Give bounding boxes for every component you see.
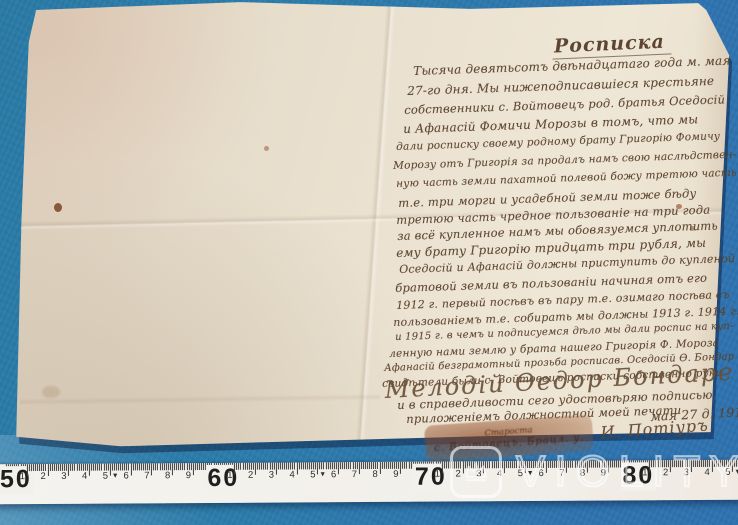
ruler-tick bbox=[103, 464, 104, 471]
ruler-tick bbox=[298, 462, 299, 469]
ruler-tick bbox=[276, 463, 277, 475]
ruler-tick bbox=[284, 463, 285, 470]
ruler-tick bbox=[265, 463, 266, 470]
crown-icon bbox=[459, 455, 493, 489]
ruler-tick bbox=[267, 463, 268, 470]
ruler-tick bbox=[305, 462, 306, 469]
ruler-tick bbox=[176, 463, 177, 470]
official-signature: И. Потіуръ bbox=[600, 415, 709, 442]
ruler-digit: 6 bbox=[123, 470, 128, 481]
ruler-tick bbox=[41, 464, 42, 471]
ruler-tick bbox=[47, 464, 48, 476]
ruler-tick bbox=[56, 464, 57, 471]
ruler-tick bbox=[137, 463, 138, 470]
ruler-tick bbox=[388, 462, 389, 469]
ruler-tick bbox=[292, 462, 293, 469]
ruler-digit: 3 bbox=[269, 470, 274, 481]
ruler-tick bbox=[184, 463, 185, 470]
ruler-tick bbox=[29, 464, 30, 471]
ruler-tick bbox=[70, 464, 71, 471]
ruler-tick bbox=[346, 462, 347, 469]
ruler-tick bbox=[344, 462, 345, 469]
ruler-tick bbox=[373, 462, 374, 469]
ruler-tick bbox=[363, 462, 364, 469]
ruler-tick bbox=[60, 464, 61, 471]
ruler-tick bbox=[89, 464, 90, 476]
ruler-tick bbox=[386, 462, 387, 469]
ruler-tick bbox=[350, 462, 351, 469]
ruler-tick bbox=[313, 462, 314, 469]
ruler-tick bbox=[384, 462, 385, 469]
ruler-tick bbox=[33, 464, 34, 471]
ruler-tick bbox=[257, 463, 258, 470]
ruler-tick bbox=[31, 464, 32, 471]
ruler-tick bbox=[359, 462, 360, 474]
ruler-tick bbox=[197, 463, 198, 470]
ruler-tick bbox=[110, 464, 111, 476]
ruler-tick bbox=[81, 464, 82, 471]
ruler-tick bbox=[377, 462, 378, 469]
ruler-tick bbox=[325, 462, 326, 469]
ruler-digit: 7 bbox=[352, 469, 357, 480]
ruler-tick bbox=[99, 464, 100, 471]
ruler-digit: 6 bbox=[331, 469, 336, 480]
ruler-tick bbox=[68, 464, 69, 476]
ruler-tick bbox=[58, 464, 59, 471]
ruler-tick bbox=[27, 464, 28, 476]
ruler-tick bbox=[105, 464, 106, 471]
ruler-tick bbox=[323, 462, 324, 469]
ruler-tick bbox=[52, 464, 53, 471]
ruler-digit: 2 bbox=[40, 471, 45, 482]
ruler-digit: 4 bbox=[289, 469, 294, 480]
ruler-tick bbox=[400, 462, 401, 474]
ruler-digit: 1 bbox=[435, 469, 440, 480]
ruler-tick bbox=[97, 464, 98, 471]
ruler-tick bbox=[76, 464, 77, 471]
ruler-tick bbox=[182, 463, 183, 470]
ruler-tick bbox=[116, 464, 117, 471]
ruler-tick bbox=[95, 464, 96, 471]
ruler-digit: 9 bbox=[186, 470, 191, 481]
ruler-tick bbox=[159, 463, 160, 470]
ruler-tick bbox=[101, 464, 102, 471]
ruler-tick bbox=[249, 463, 250, 470]
ruler-tick bbox=[79, 464, 80, 471]
ruler-tick bbox=[240, 463, 241, 470]
ruler-tick bbox=[188, 463, 189, 470]
ruler-tick bbox=[307, 462, 308, 469]
ruler-tick bbox=[328, 462, 329, 469]
ruler-tick bbox=[317, 462, 318, 474]
ruler-tick bbox=[174, 463, 175, 470]
ruler-tick bbox=[195, 463, 196, 470]
ruler-tick bbox=[132, 463, 133, 470]
ruler-tick bbox=[139, 463, 140, 470]
ruler-tick bbox=[108, 464, 109, 471]
ruler-tick bbox=[162, 463, 163, 470]
ruler-digit: 4 bbox=[82, 471, 87, 482]
ruler-tick bbox=[402, 462, 403, 469]
ruler-tick bbox=[66, 464, 67, 471]
ruler-tick bbox=[87, 464, 88, 471]
ruler-tick bbox=[155, 463, 156, 470]
ruler-tick bbox=[280, 463, 281, 470]
ruler-tick bbox=[126, 463, 127, 470]
ruler-tick bbox=[288, 462, 289, 469]
ruler-tick bbox=[319, 462, 320, 469]
ruler-tick bbox=[390, 462, 391, 469]
ruler-tick bbox=[296, 462, 297, 474]
ruler-tick bbox=[141, 463, 142, 470]
ruler-tick bbox=[186, 463, 187, 470]
ruler-tick bbox=[332, 462, 333, 469]
ruler-tick bbox=[448, 462, 449, 469]
ruler-tick bbox=[203, 463, 204, 470]
ruler-tick bbox=[85, 464, 86, 471]
ruler-tick bbox=[371, 462, 372, 469]
ruler-tick bbox=[411, 462, 412, 469]
ruler-tick bbox=[112, 464, 113, 471]
ruler-tick bbox=[164, 463, 165, 470]
ruler-tick bbox=[269, 463, 270, 470]
ruler-tick bbox=[348, 462, 349, 469]
ruler-tick bbox=[336, 462, 337, 469]
ruler-tick bbox=[301, 462, 302, 469]
ruler-tick bbox=[147, 463, 148, 470]
ruler-tick bbox=[166, 463, 167, 470]
ruler-tick bbox=[234, 463, 235, 475]
ruler-tick bbox=[408, 462, 409, 469]
ruler-tick bbox=[340, 462, 341, 469]
ruler-tick bbox=[334, 462, 335, 469]
ruler-tick bbox=[191, 463, 192, 470]
ruler-tick bbox=[180, 463, 181, 470]
ruler-tick bbox=[338, 462, 339, 474]
ruler-tick bbox=[311, 462, 312, 469]
ruler-tick bbox=[170, 463, 171, 470]
ruler-tick bbox=[352, 462, 353, 469]
ruler-tick bbox=[54, 464, 55, 471]
ruler-tick bbox=[274, 463, 275, 470]
ruler-tick bbox=[309, 462, 310, 469]
ruler-tick bbox=[354, 462, 355, 469]
ruler-tick bbox=[128, 463, 129, 470]
ruler-tick bbox=[365, 462, 366, 469]
ruler-tick bbox=[49, 464, 50, 471]
ruler-digit: 7 bbox=[144, 470, 149, 481]
ruler-tick bbox=[361, 462, 362, 469]
ruler-tick bbox=[236, 463, 237, 470]
ruler-tick bbox=[74, 464, 75, 471]
ruler-tick bbox=[130, 463, 131, 475]
ruler-half-marker: ▼ bbox=[319, 471, 326, 478]
ruler-tick bbox=[37, 464, 38, 471]
ruler-tick bbox=[72, 464, 73, 471]
ruler-tick bbox=[379, 462, 380, 474]
ruler-tick bbox=[120, 464, 121, 471]
ruler-tick bbox=[64, 464, 65, 471]
ruler-tick bbox=[124, 463, 125, 470]
ruler-tick bbox=[396, 462, 397, 469]
ruler-tick bbox=[157, 463, 158, 470]
ruler-tick bbox=[259, 463, 260, 470]
ruler-tick bbox=[118, 464, 119, 471]
ruler-tick bbox=[442, 462, 443, 474]
ruler-tick bbox=[83, 464, 84, 471]
ruler-tick bbox=[404, 462, 405, 469]
ruler-tick bbox=[45, 464, 46, 471]
ruler-tick bbox=[278, 463, 279, 470]
ruler-tick bbox=[143, 463, 144, 470]
ruler-tick bbox=[193, 463, 194, 475]
ruler-tick bbox=[330, 462, 331, 469]
ruler-tick bbox=[201, 463, 202, 470]
watermark-logo-box bbox=[450, 446, 502, 498]
ruler-tick bbox=[247, 463, 248, 470]
ruler-tick bbox=[286, 463, 287, 470]
ruler-tick bbox=[93, 464, 94, 471]
ruler-digit: 2 bbox=[248, 470, 253, 481]
ruler-tick bbox=[392, 462, 393, 469]
ruler-digit: 1 bbox=[227, 470, 232, 481]
ruler-tick bbox=[261, 463, 262, 470]
ruler-tick bbox=[62, 464, 63, 471]
violity-watermark: VIOLITY bbox=[450, 446, 738, 498]
ruler-tick bbox=[255, 463, 256, 475]
ruler-tick bbox=[251, 463, 252, 470]
ruler-tick bbox=[290, 462, 291, 469]
ruler-digit: 5 bbox=[310, 469, 315, 480]
ruler-tick bbox=[282, 463, 283, 470]
ruler-tick bbox=[394, 462, 395, 469]
ruler-tick bbox=[149, 463, 150, 470]
ruler-tick bbox=[321, 462, 322, 469]
ruler-tick bbox=[135, 463, 136, 470]
ruler-digit: 8 bbox=[165, 470, 170, 481]
ruler-tick bbox=[294, 462, 295, 469]
ruler-tick bbox=[263, 463, 264, 470]
ruler-digit: 3 bbox=[61, 471, 66, 482]
ruler-tick bbox=[114, 464, 115, 471]
ruler-tick bbox=[39, 464, 40, 471]
ruler-digit: 9 bbox=[393, 469, 398, 480]
ruler-tick bbox=[172, 463, 173, 475]
ruler-tick bbox=[242, 463, 243, 470]
ruler-tick bbox=[342, 462, 343, 469]
ruler-tick bbox=[199, 463, 200, 470]
ruler-tick bbox=[43, 464, 44, 471]
ruler-tick bbox=[122, 464, 123, 471]
ruler-tick bbox=[398, 462, 399, 469]
ruler-tick bbox=[406, 462, 407, 469]
ruler-digit: 8 bbox=[372, 469, 377, 480]
ruler-tick bbox=[271, 463, 272, 470]
ruler-tick bbox=[303, 462, 304, 469]
ruler-tick bbox=[253, 463, 254, 470]
auction-photo: Росписка Тысяча девятьсотъ двѣнадцатаго … bbox=[0, 0, 738, 525]
ruler-tick bbox=[369, 462, 370, 469]
ruler-tick bbox=[375, 462, 376, 469]
ruler-tick bbox=[238, 463, 239, 470]
ruler-tick bbox=[178, 463, 179, 470]
ruler-tick bbox=[151, 463, 152, 475]
ruler-tick bbox=[444, 462, 445, 469]
ruler-tick bbox=[357, 462, 358, 469]
ruler-tick bbox=[315, 462, 316, 469]
ruler-half-marker: ▼ bbox=[112, 473, 119, 480]
ruler-tick bbox=[245, 463, 246, 470]
ruler-digit: 1 bbox=[20, 471, 25, 482]
ruler-tick bbox=[168, 463, 169, 470]
ruler-tick bbox=[446, 462, 447, 469]
ruler-tick bbox=[91, 464, 92, 471]
ruler-tick bbox=[153, 463, 154, 470]
watermark-brand: VIOLITY bbox=[516, 450, 738, 494]
ruler-tick bbox=[381, 462, 382, 469]
ruler-tick bbox=[35, 464, 36, 471]
ruler-tick bbox=[145, 463, 146, 470]
ruler-digit: 5 bbox=[103, 471, 108, 482]
ruler-tick bbox=[367, 462, 368, 469]
